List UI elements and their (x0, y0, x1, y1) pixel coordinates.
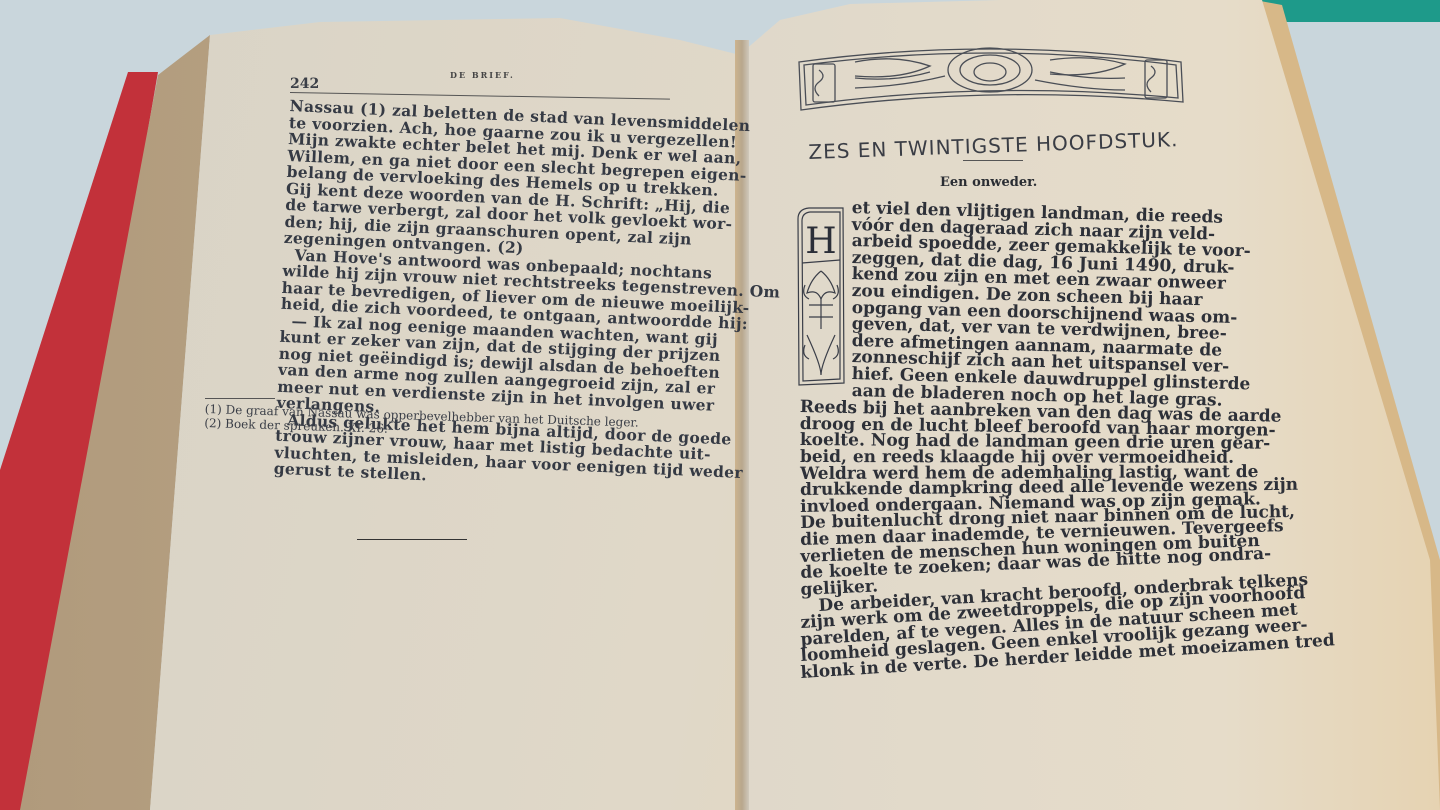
footnote-rule (205, 398, 275, 399)
page-number: 242 (290, 76, 319, 92)
svg-text:H: H (805, 221, 836, 262)
drop-cap-ornament-icon: H (795, 205, 847, 387)
running-head: DE BRIEF. (450, 70, 515, 80)
drop-cap: H (795, 205, 847, 387)
art-nouveau-ornament-icon (795, 40, 1185, 112)
chapter-subtitle: Een onweder. (940, 175, 1037, 190)
title-rule (963, 160, 1023, 161)
chapter-end-rule (357, 539, 467, 540)
